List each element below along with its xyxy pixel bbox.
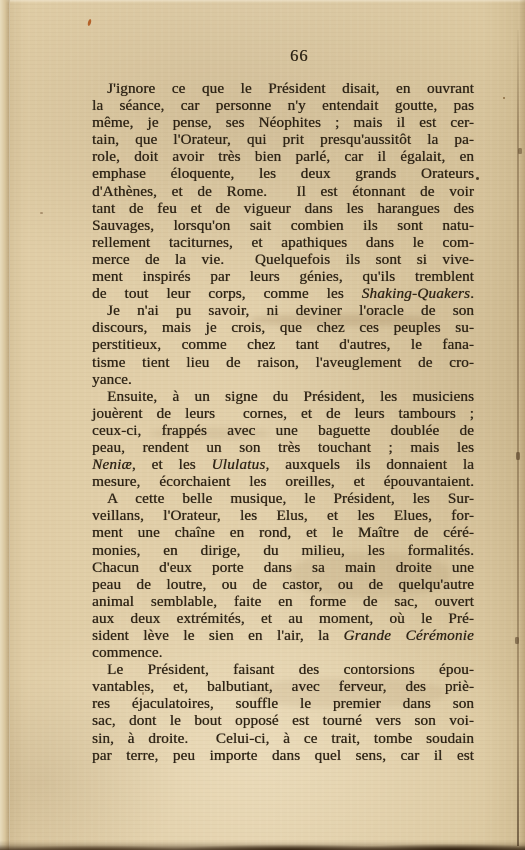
text-line: veillans, l'Orateur, les Elus, et les El… — [92, 507, 474, 524]
text-line: Chacun d'eux porte dans sa main droite u… — [92, 559, 474, 576]
page-number: 66 — [290, 46, 309, 66]
text-line: role, doit avoir très bien parlé, car il… — [92, 148, 474, 165]
text-line: Je n'ai pu savoir, ni deviner l'oracle d… — [92, 302, 474, 319]
paper-speck — [40, 212, 43, 214]
text-line: d'Athènes, et de Rome. Il est étonnant d… — [92, 183, 474, 200]
paragraph: J'ignore ce que le Président disait, en … — [92, 80, 474, 302]
text-line: sac, dont le bout opposé est tourné vers… — [92, 712, 474, 729]
book-page: 66 J'ignore ce que le Président disait, … — [0, 0, 525, 850]
text-line: de tout leur corps, comme les Shaking-Qu… — [92, 285, 474, 302]
text-line: sident lève le sien en l'air, la Grande … — [92, 627, 474, 644]
text-line: vantables, et, balbutiant, avec ferveur,… — [92, 678, 474, 695]
page-right-edge — [519, 0, 525, 850]
text-line: emphase éloquente, les deux grands Orate… — [92, 165, 474, 182]
text-line: A cette belle musique, le Président, les… — [92, 490, 474, 507]
text-line: rellement taciturnes, et apathiques dans… — [92, 234, 474, 251]
text-line: Neniæ, et les Ululatus, auxquels ils don… — [92, 456, 474, 473]
text-line: mesure, écorchaient les oreilles, et épo… — [92, 473, 474, 490]
text-line: monies, en dirige, du milieu, les formal… — [92, 542, 474, 559]
text-line: par terre, peu importe dans quel sens, c… — [92, 747, 474, 764]
paragraph: Ensuite, à un signe du Président, les mu… — [92, 388, 474, 491]
text-line: yance. — [92, 371, 474, 388]
text-line: merce de la vie. Quelquefois ils sont si… — [92, 251, 474, 268]
paragraph: Je n'ai pu savoir, ni deviner l'oracle d… — [92, 302, 474, 387]
text-line: tisme tient lieu de raison, l'aveuglemen… — [92, 354, 474, 371]
text-line: discours, mais je crois, que chez ces pe… — [92, 319, 474, 336]
page-bottom-edge — [0, 837, 525, 850]
paragraph: A cette belle musique, le Président, les… — [92, 490, 474, 661]
text-line: ment une chaîne en rond, et le Maître de… — [92, 524, 474, 541]
text-line: sin, à droite. Celui-ci, à ce trait, tom… — [92, 730, 474, 747]
paragraph: Le Président, faisant des contorsions ép… — [92, 661, 474, 764]
text-line: Ensuite, à un signe du Président, les mu… — [92, 388, 474, 405]
text-line: peau de loutre, ou de castor, ou de quel… — [92, 576, 474, 593]
text-line: ment inspirés par leurs génies, qu'ils t… — [92, 268, 474, 285]
text-line: jouèrent de leurs cornes, et de leurs ta… — [92, 405, 474, 422]
text-line: tant de feu et de vigueur dans les haran… — [92, 200, 474, 217]
text-line: ceux-ci, frappés avec une baguette doubl… — [92, 422, 474, 439]
text-line: même, je pense, ses Néophites ; mais il … — [92, 114, 474, 131]
paper-speck — [87, 19, 92, 27]
text-line: tain, que l'Orateur, qui prit presqu'aus… — [92, 131, 474, 148]
text-line: res éjaculatoires, souffle le premier da… — [92, 695, 474, 712]
page-left-edge — [0, 0, 10, 850]
text-line: peau, rendent un son très touchant ; mai… — [92, 439, 474, 456]
text-line: la séance, car personne n'y entendait go… — [92, 97, 474, 114]
text-line: Le Président, faisant des contorsions ép… — [92, 661, 474, 678]
page-top-edge — [0, 0, 525, 3]
text-line: animal semblable, faite en forme de sac,… — [92, 593, 474, 610]
text-block: J'ignore ce que le Président disait, en … — [92, 80, 474, 764]
text-line: aux deux extrémités, et au moment, où le… — [92, 610, 474, 627]
paper-speck — [503, 97, 505, 99]
text-line: Sauvages, lorsqu'on sait combien ils son… — [92, 217, 474, 234]
text-line: perstitieux, comme chez tant d'autres, l… — [92, 336, 474, 353]
text-line: J'ignore ce que le Président disait, en … — [92, 80, 474, 97]
text-line: commence. — [92, 644, 474, 661]
footnote-asterisk-mark — [476, 177, 479, 180]
